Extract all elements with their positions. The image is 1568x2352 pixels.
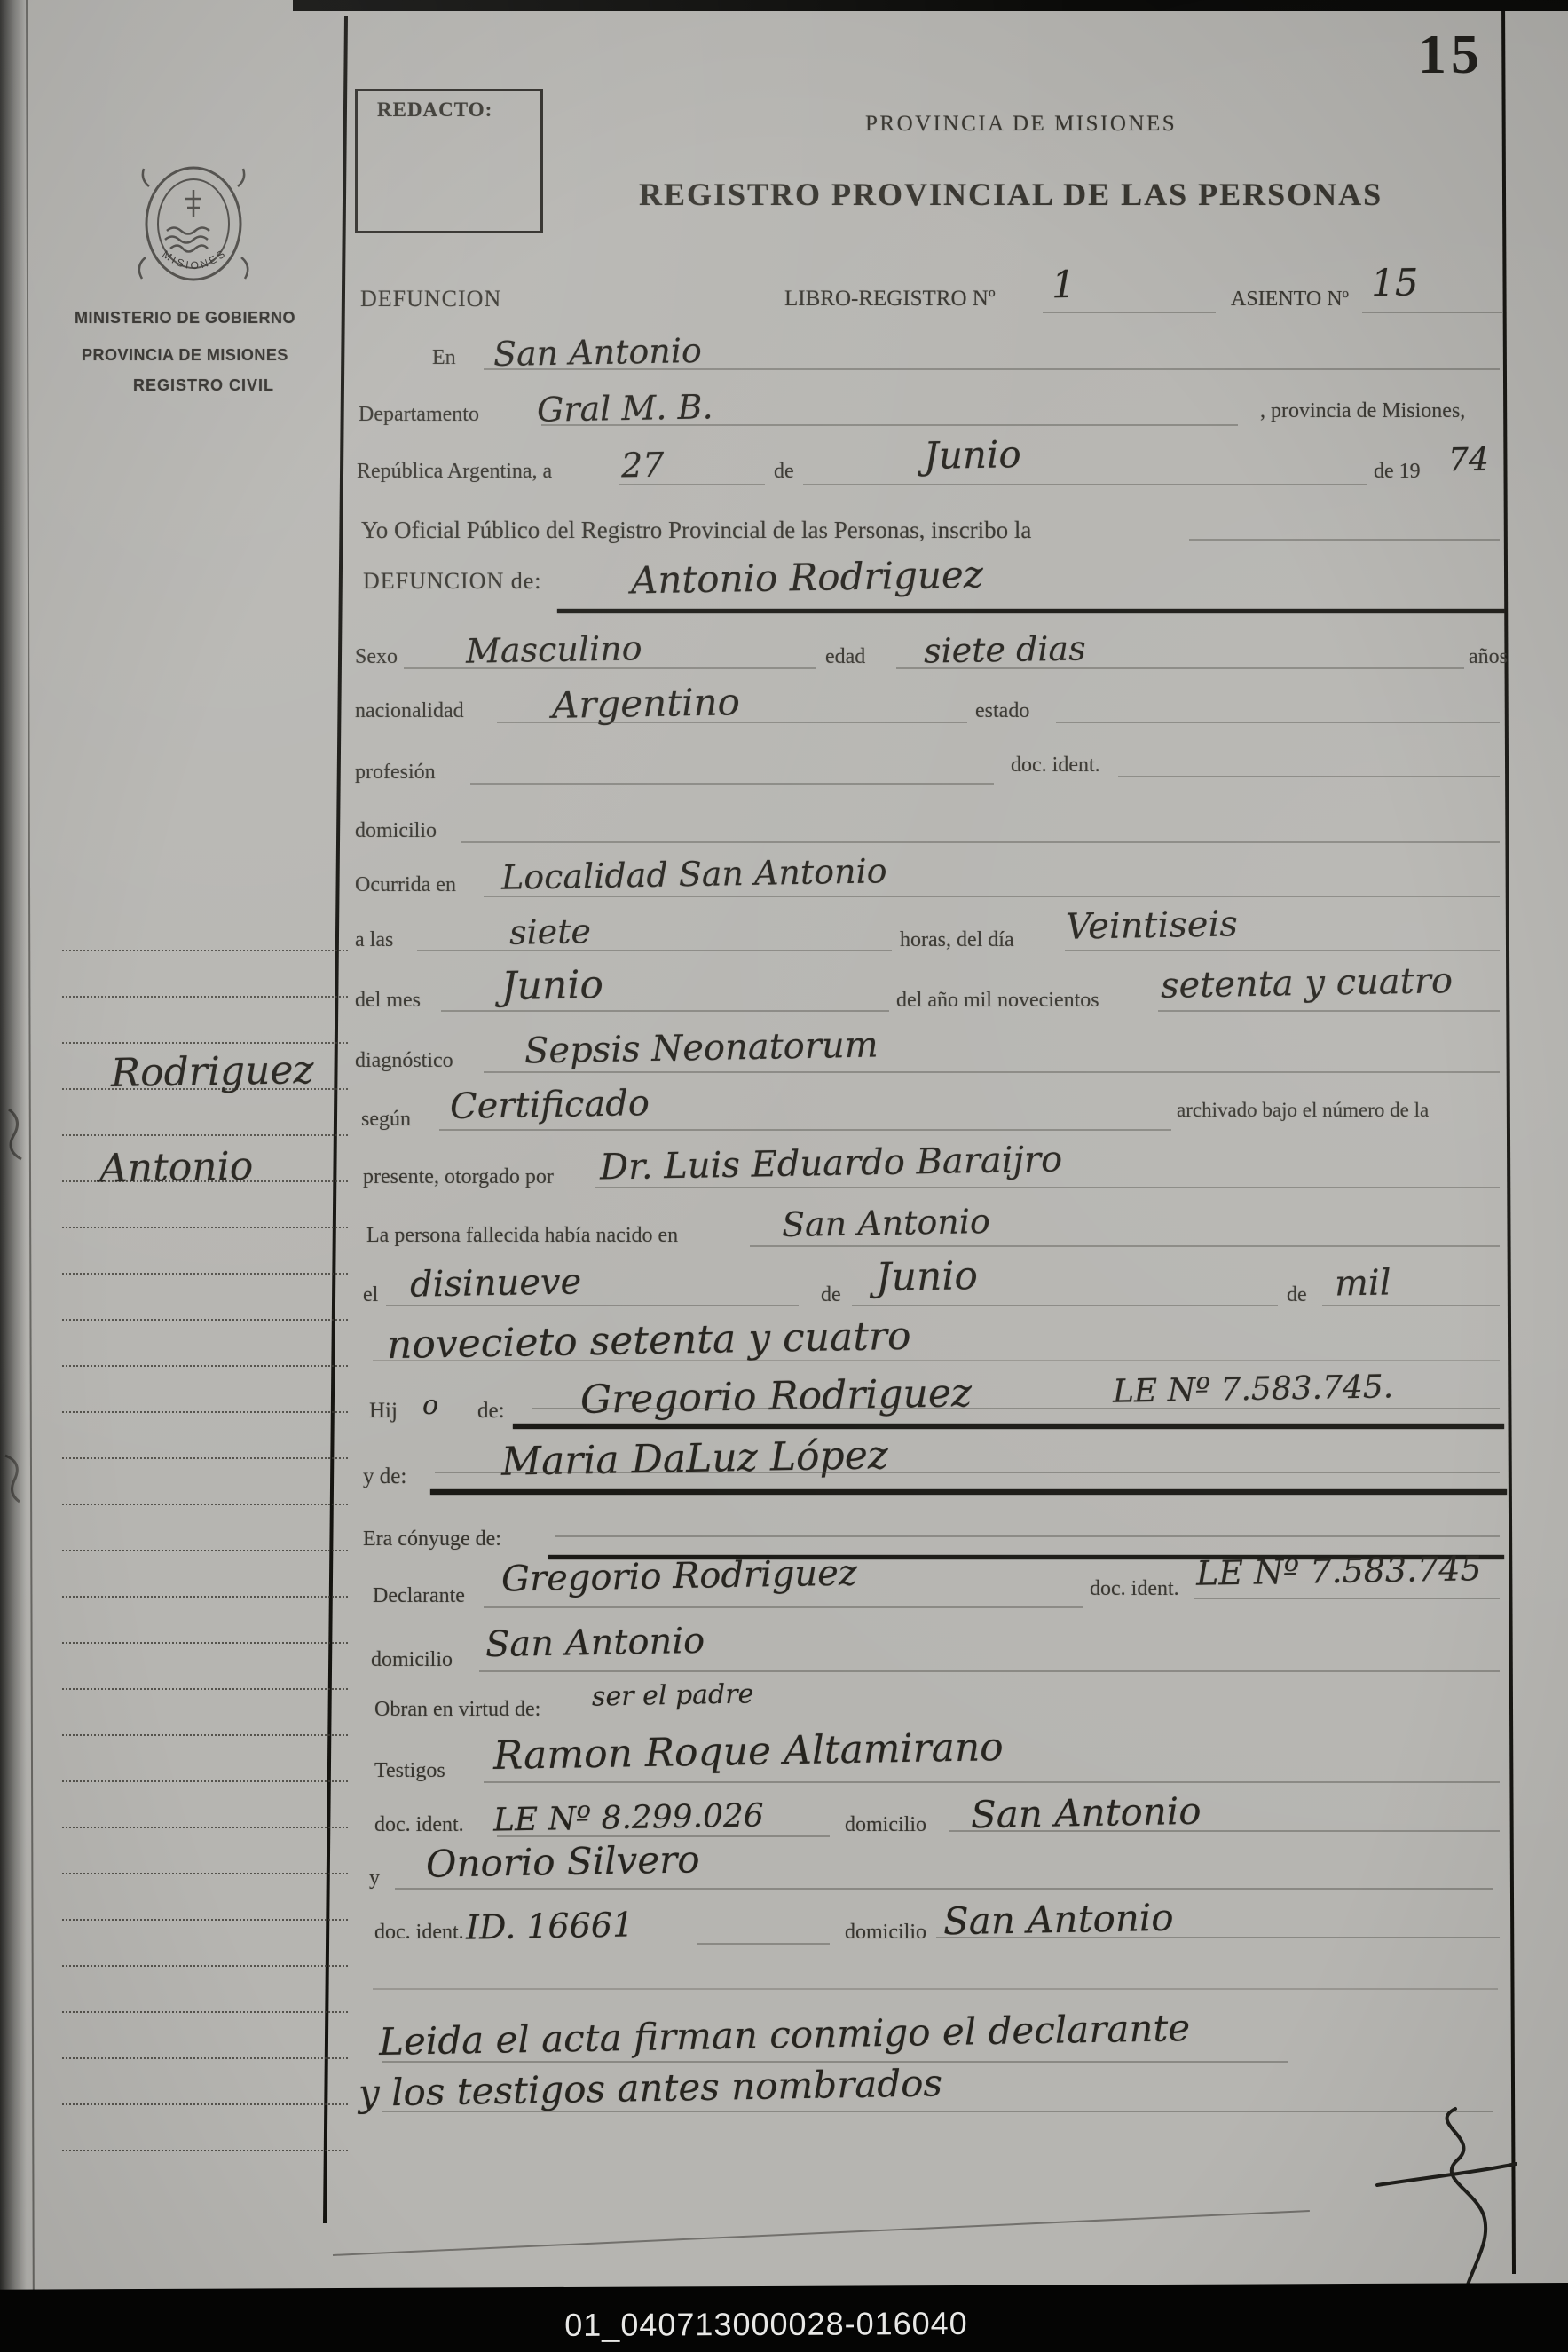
heavy-rule <box>430 1489 1507 1495</box>
entry-number-label: ASIENTO Nº <box>1231 288 1349 312</box>
margin-dotted-line <box>62 1273 348 1275</box>
diagnosis-value: Sepsis Neonatorum <box>524 1025 879 1072</box>
mother-name-value: Maria DaLuz López <box>501 1433 889 1485</box>
field-line <box>484 1071 1500 1073</box>
official-statement: Yo Oficial Público del Registro Provinci… <box>361 517 1031 544</box>
margin-dotted-line <box>62 1873 348 1874</box>
place-label: En <box>432 346 456 370</box>
field-line <box>697 1943 830 1945</box>
hour-value: siete <box>509 912 592 952</box>
declarant-home-label: domicilio <box>371 1648 453 1672</box>
issued-by-value: Dr. Luis Eduardo Baraijro <box>600 1139 1063 1188</box>
death-of-label: DEFUNCION de: <box>363 568 542 595</box>
margin-dotted-line <box>62 1642 348 1644</box>
day-value: 27 <box>621 446 665 485</box>
capacity-label: Obran en virtud de: <box>374 1698 540 1722</box>
death-month-value: Junio <box>501 962 604 1009</box>
doc-id-label: doc. ident. <box>1011 754 1100 777</box>
according-label: según <box>361 1108 411 1132</box>
deceased-name: Antonio Rodriguez <box>631 553 984 603</box>
witness2-home-label: domicilio <box>845 1921 926 1945</box>
declarant-home-value: San Antonio <box>485 1621 705 1665</box>
age-value: siete dias <box>924 628 1086 670</box>
witness2-name-value: Onorio Silvero <box>426 1837 700 1885</box>
heavy-rule <box>513 1424 1504 1429</box>
scan-top-edge <box>293 0 1568 11</box>
field-line <box>484 1781 1500 1783</box>
field-line <box>386 1305 799 1306</box>
margin-dotted-line <box>62 1042 348 1044</box>
death-certificate-scan: 15 REDACTO: PROVINCIA DE MISIONES REGIST… <box>0 0 1568 2352</box>
field-line <box>595 1187 1500 1188</box>
margin-dotted-line <box>62 1780 348 1782</box>
field-line <box>497 722 967 723</box>
margin-dotted-line <box>62 1827 348 1828</box>
field-line <box>541 424 1238 426</box>
department-suffix: , provincia de Misiones, <box>1260 399 1465 423</box>
letterhead-province: PROVINCIA DE MISIONES <box>865 112 1177 137</box>
margin-ruled-lines <box>62 950 348 2210</box>
archived-note: archivado bajo el número de la <box>1177 1099 1429 1122</box>
field-line <box>404 667 816 669</box>
field-line <box>1194 1598 1500 1599</box>
field-line <box>852 1305 1278 1306</box>
diagnosis-label: diagnóstico <box>355 1049 453 1073</box>
spouse-label: Era cónyuge de: <box>363 1527 501 1551</box>
margin-dotted-line <box>62 1596 348 1598</box>
father-name-value: Gregorio Rodriguez <box>580 1370 973 1423</box>
margin-dotted-line <box>62 1365 348 1367</box>
witnesses-label: Testigos <box>374 1759 445 1783</box>
month-value: Junio <box>924 432 1021 478</box>
field-line <box>949 1830 1500 1832</box>
book-binding-shadow <box>0 0 27 2352</box>
field-line <box>395 1888 1493 1890</box>
margin-dotted-line <box>62 2011 348 2013</box>
field-line <box>439 1129 1171 1131</box>
margin-dotted-line <box>62 950 348 951</box>
field-line <box>555 1535 1500 1537</box>
sidebar-province: PROVINCIA DE MISIONES <box>82 346 288 365</box>
margin-given-name: Antonio <box>99 1143 254 1191</box>
sex-value: Masculino <box>466 628 642 670</box>
sidebar-office: REGISTRO CIVIL <box>133 376 274 395</box>
redacto-label: REDACTO: <box>377 99 492 122</box>
occurred-value: Localidad San Antonio <box>501 851 887 897</box>
registrar-signature <box>1349 2102 1535 2288</box>
margin-dotted-line <box>62 1457 348 1459</box>
field-line <box>1056 722 1500 723</box>
father-doc-value: LE Nº 7.583.745. <box>1113 1369 1394 1410</box>
field-line <box>417 950 892 951</box>
misiones-coat-of-arms-seal: MISIONES <box>131 153 256 296</box>
hour-suffix: horas, del día <box>900 928 1014 952</box>
field-line <box>619 484 765 485</box>
capacity-value: ser el padre <box>592 1678 754 1712</box>
field-line <box>1158 1010 1500 1012</box>
death-year-value: setenta y cuatro <box>1161 960 1454 1006</box>
field-line <box>479 1670 1500 1672</box>
margin-dotted-line <box>62 1319 348 1321</box>
department-label: Departamento <box>359 403 479 427</box>
nationality-label: nacionalidad <box>355 699 464 723</box>
year-value: 74 <box>1448 442 1490 479</box>
witness1-doc-value: LE Nº 8.299.026 <box>493 1797 764 1838</box>
born-year-start-value: mil <box>1335 1262 1391 1304</box>
field-line <box>461 841 1500 843</box>
margin-dotted-line <box>62 996 348 998</box>
scan-code-band: 01_040713000028-016040 <box>0 2283 1568 2352</box>
field-line <box>1322 1305 1500 1306</box>
field-line <box>750 1245 1500 1247</box>
margin-dotted-line <box>62 1550 348 1551</box>
witness1-doc-label: doc. ident. <box>374 1813 464 1837</box>
margin-dotted-line <box>62 1411 348 1413</box>
scan-code: 01_040713000028-016040 <box>0 2302 1533 2347</box>
declarant-label: Declarante <box>373 1584 465 1608</box>
sidebar-ministry: MINISTERIO DE GOBIERNO <box>75 309 295 328</box>
page-number: 15 <box>1418 21 1484 87</box>
born-day-label: el <box>363 1283 378 1307</box>
child-o-handwritten: o <box>422 1390 439 1421</box>
age-label: edad <box>825 645 865 669</box>
margin-dotted-line <box>62 1688 348 1690</box>
field-line <box>896 667 1464 669</box>
born-label: La persona fallecida había nacido en <box>366 1224 678 1248</box>
field-line <box>1362 312 1502 313</box>
entry-number-value: 15 <box>1371 261 1419 305</box>
born-place-value: San Antonio <box>782 1202 991 1244</box>
margin-dotted-line <box>62 1504 348 1505</box>
year-of-label: del año mil novecientos <box>896 989 1099 1013</box>
margin-dotted-line <box>62 1134 348 1136</box>
margin-dotted-line <box>62 1227 348 1228</box>
declarant-doc-label: doc. ident. <box>1090 1577 1179 1601</box>
act-type-label: DEFUNCION <box>360 286 501 312</box>
field-line <box>936 1937 1500 1938</box>
field-line <box>470 783 994 785</box>
marital-label: estado <box>975 699 1029 723</box>
born-month-value: Junio <box>876 1253 979 1300</box>
book-number-value: 1 <box>1052 263 1076 306</box>
book-register-label: LIBRO-REGISTRO Nº <box>784 287 996 312</box>
home-label: domicilio <box>355 819 437 843</box>
field-line <box>1189 539 1500 541</box>
declarant-doc-value: LE Nº 7.583.745 <box>1196 1549 1482 1593</box>
field-line <box>1065 950 1500 951</box>
age-suffix: años <box>1469 645 1508 669</box>
occurred-label: Ocurrida en <box>355 873 456 897</box>
field-line <box>484 1606 1083 1608</box>
field-line <box>373 1988 1498 1990</box>
nationality-value: Argentino <box>552 680 741 727</box>
child-prefix-label: Hij <box>369 1399 398 1424</box>
margin-dotted-line <box>62 2150 348 2151</box>
hour-label: a las <box>355 928 393 952</box>
and-label: y <box>369 1867 380 1890</box>
field-line <box>497 1835 830 1837</box>
field-line <box>532 1408 1500 1409</box>
born-de1-label: de <box>821 1283 841 1307</box>
field-line <box>1118 776 1500 777</box>
letterhead-title: REGISTRO PROVINCIAL DE LAS PERSONAS <box>639 176 1383 213</box>
field-line <box>484 896 1500 897</box>
margin-dotted-line <box>62 1919 348 1921</box>
margin-dotted-line <box>62 2103 348 2105</box>
according-value: Certificado <box>450 1083 650 1127</box>
field-line <box>484 368 1500 370</box>
field-line <box>373 1360 1500 1361</box>
margin-surname: Rodriguez <box>111 1047 314 1096</box>
born-day-value: disinueve <box>410 1261 582 1305</box>
place-value: San Antonio <box>493 331 703 374</box>
witness1-name-value: Ramon Roque Altamirano <box>493 1725 1005 1779</box>
country-label: República Argentina, a <box>357 460 552 484</box>
mother-label: y de: <box>363 1464 406 1489</box>
profession-label: profesión <box>355 761 436 785</box>
field-line <box>1043 312 1216 313</box>
field-line <box>803 484 1367 485</box>
witness2-doc-label: doc. ident. <box>374 1921 464 1945</box>
month-of-label: del mes <box>355 989 421 1013</box>
born-de2-label: de <box>1287 1283 1307 1307</box>
child-suffix-label: de: <box>477 1399 505 1424</box>
field-line <box>441 1010 889 1012</box>
witness2-doc-value: ID. 16661 <box>466 1905 634 1946</box>
death-day-value: Veintiseis <box>1066 904 1239 947</box>
field-line <box>382 2111 1493 2112</box>
department-value: Gral M. B. <box>537 387 713 429</box>
witness1-home-label: domicilio <box>845 1813 926 1837</box>
margin-dotted-line <box>62 1965 348 1967</box>
field-line <box>435 1472 1500 1473</box>
year-prefix: de 19 <box>1374 460 1421 484</box>
margin-dotted-line <box>62 2057 348 2059</box>
issued-label: presente, otorgado por <box>363 1165 554 1189</box>
redacto-stamp-box: REDACTO: <box>355 89 543 233</box>
de-label: de <box>774 460 794 484</box>
sex-label: Sexo <box>355 645 398 669</box>
declarant-name-value: Gregorio Rodriguez <box>501 1553 858 1600</box>
heavy-rule <box>557 609 1505 613</box>
margin-dotted-line <box>62 1734 348 1736</box>
